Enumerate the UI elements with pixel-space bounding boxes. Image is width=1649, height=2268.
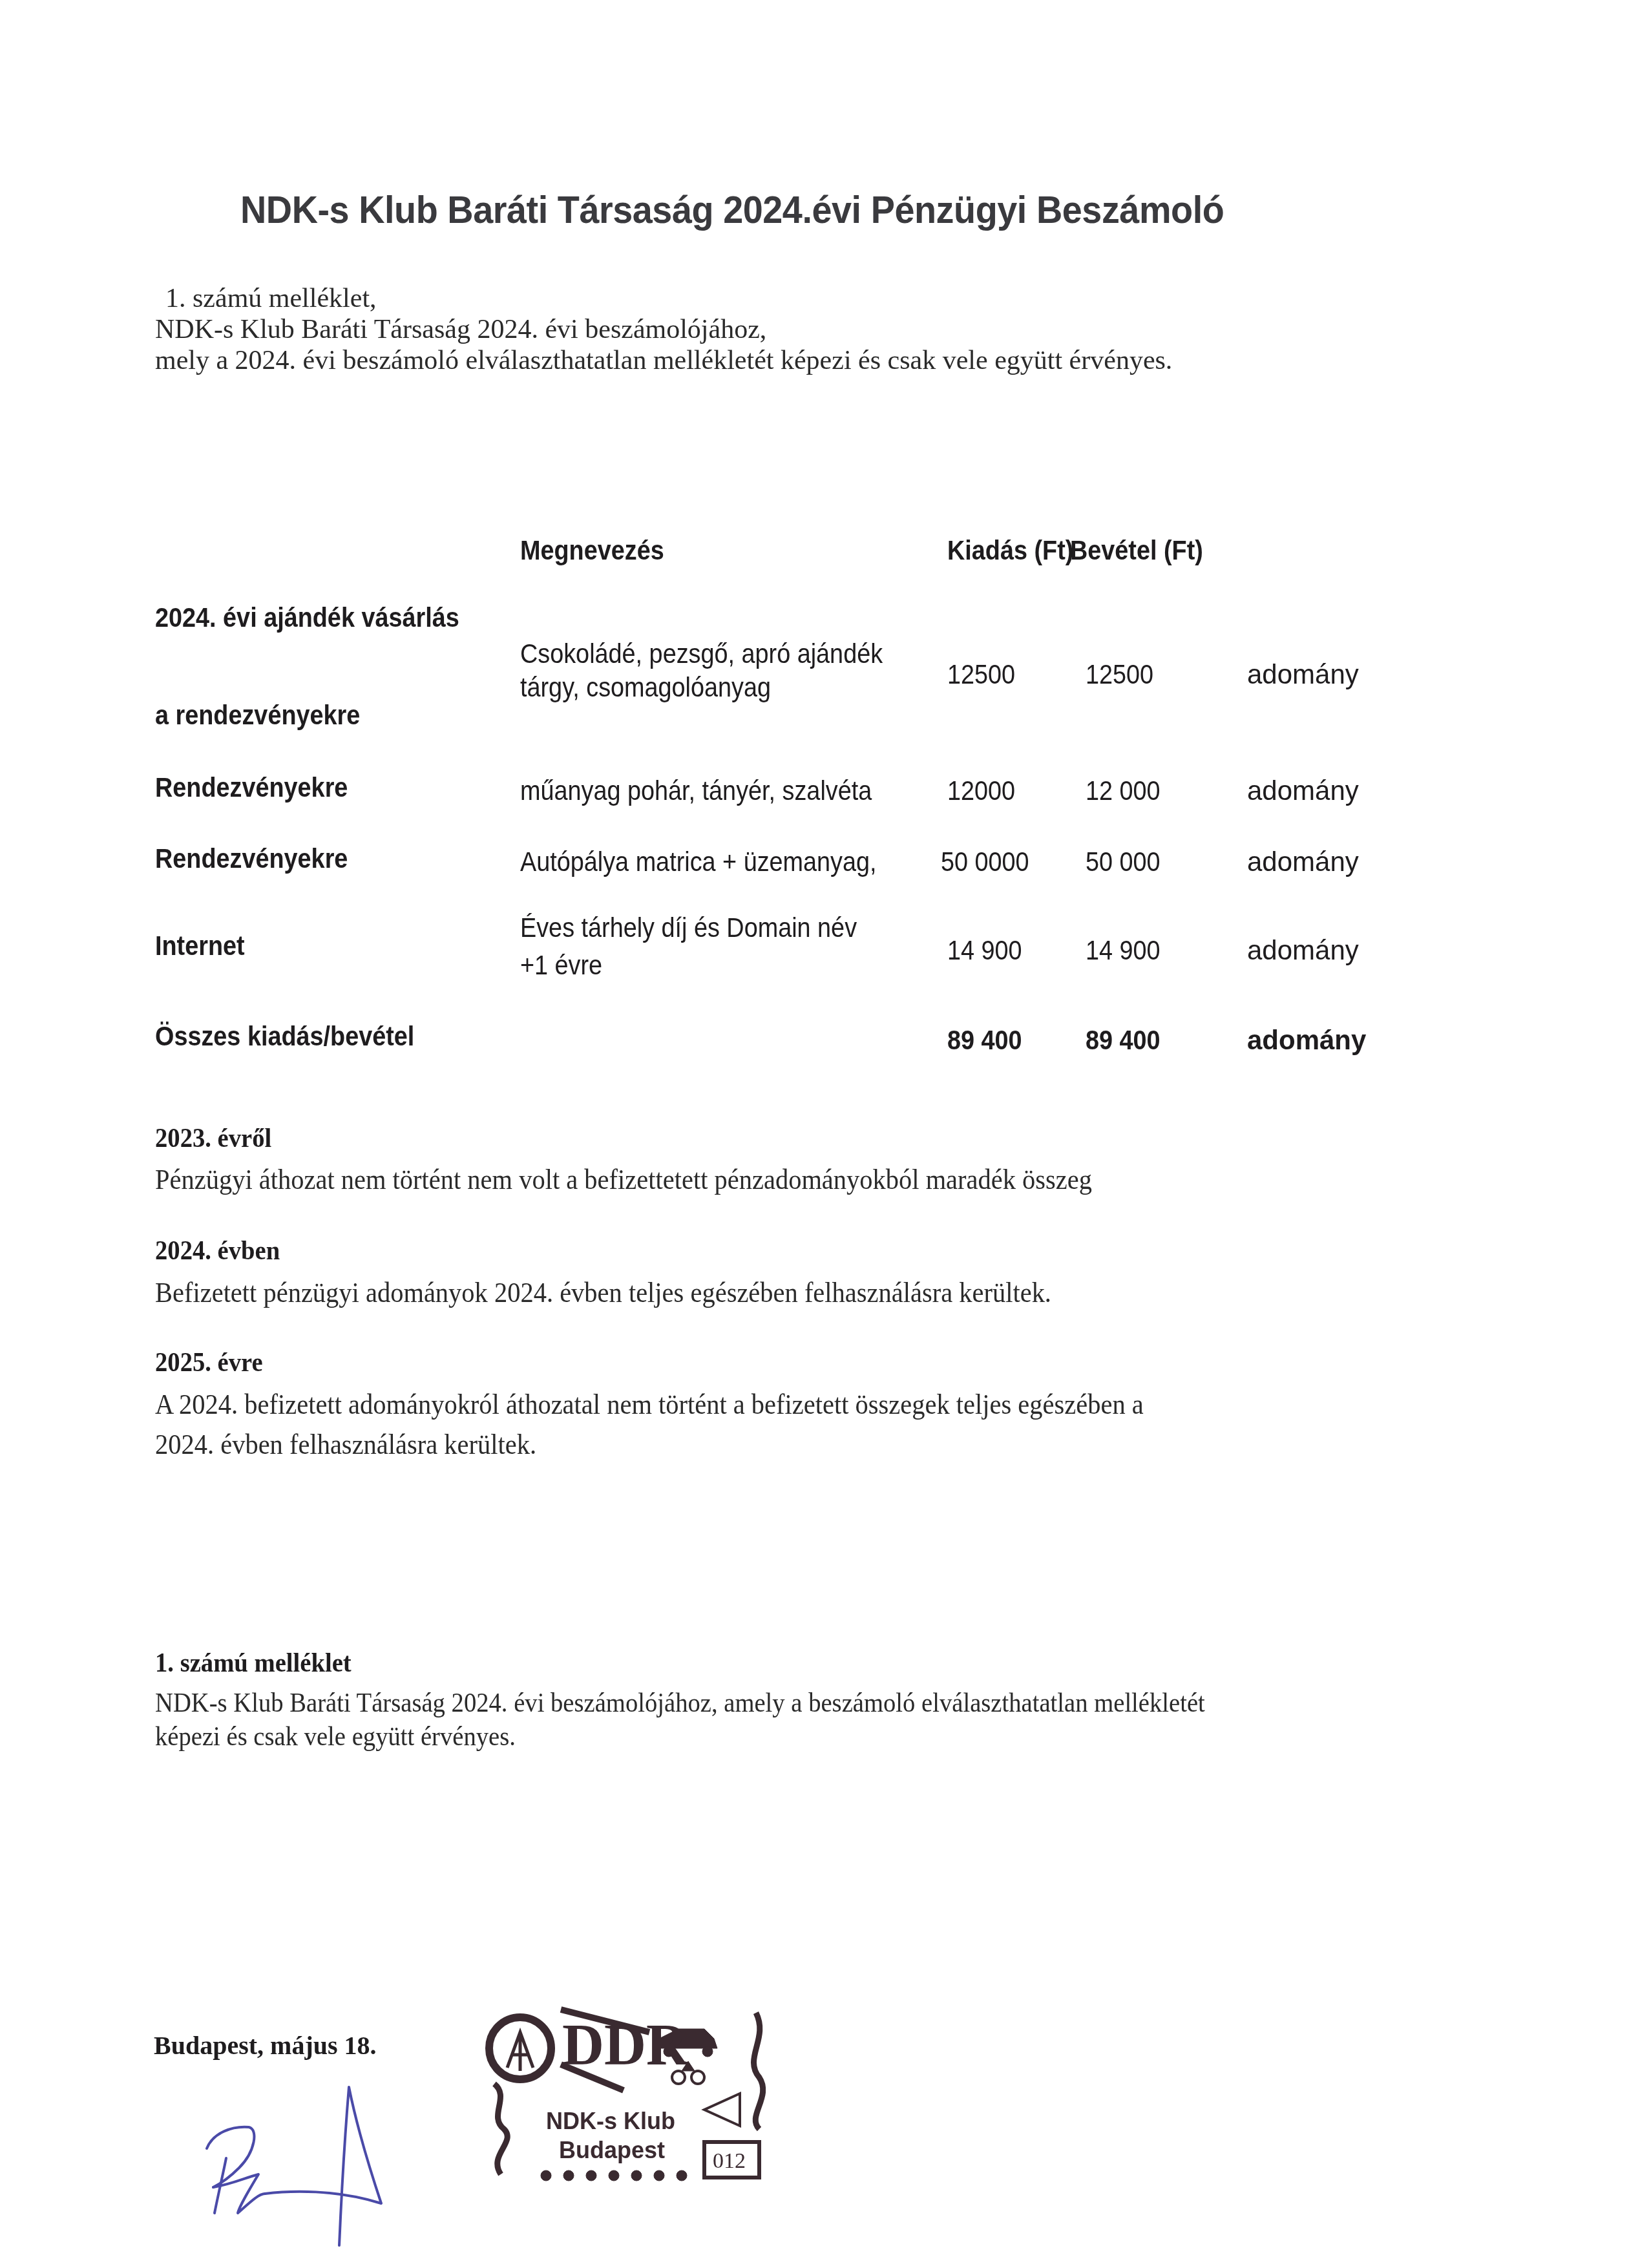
row-income: 14 900 (1086, 935, 1161, 966)
intro-line-1: 1. számú melléklet, (155, 283, 1172, 314)
row-expense: 50 0000 (941, 846, 1029, 877)
row-name-line2: tárgy, csomagolóanyag (520, 672, 771, 703)
total-income: 89 400 (1086, 1025, 1161, 1056)
row-income: 12500 (1086, 659, 1153, 690)
row-name: műanyag pohár, tányér, szalvéta (520, 775, 872, 806)
row-category: Rendezvényekre (155, 843, 348, 874)
total-source: adomány (1247, 1025, 1366, 1056)
total-expense: 89 400 (947, 1025, 1022, 1056)
section-text: Pénzügyi áthozat nem történt nem volt a … (155, 1163, 1092, 1197)
club-stamp: DDR NDK-s Klub Budapest 012 (485, 2000, 775, 2187)
header-expense: Kiadás (Ft) (947, 535, 1073, 566)
row-name: Éves tárhely díj és Domain név (520, 912, 857, 943)
stamp-code: 012 (713, 2149, 746, 2173)
page-title: NDK-s Klub Baráti Társaság 2024.évi Pénz… (240, 187, 1224, 232)
intro-block: 1. számú melléklet, NDK-s Klub Baráti Tá… (155, 283, 1172, 376)
ddr-stamp-icon: DDR NDK-s Klub Budapest 012 (485, 2000, 775, 2187)
section-text: Befizetett pénzügyi adományok 2024. évbe… (155, 1276, 1051, 1310)
row-expense: 14 900 (947, 935, 1022, 966)
row-name: Csokoládé, pezsgő, apró ajándék (520, 638, 883, 669)
signature (187, 2055, 472, 2249)
row-expense: 12500 (947, 659, 1015, 690)
intro-line-3: mely a 2024. évi beszámoló elválaszthata… (155, 345, 1172, 376)
row-category: Internet (155, 930, 245, 961)
row-name-line2: +1 évre (520, 950, 602, 981)
row-category-line2: a rendezvényekre (155, 700, 360, 731)
header-income: Bevétel (Ft) (1070, 535, 1203, 566)
appendix-heading: 1. számú melléklet (155, 1648, 352, 1679)
section-text-line-2: 2024. évben felhasználásra kerültek. (155, 1428, 536, 1462)
appendix-line-1: NDK-s Klub Baráti Társaság 2024. évi bes… (155, 1686, 1205, 1720)
appendix-line-2: képezi és csak vele együtt érvényes. (155, 1720, 516, 1754)
row-income: 12 000 (1086, 775, 1161, 806)
row-name: Autópálya matrica + üzemanyag, (520, 846, 877, 877)
stamp-line-1: NDK-s Klub (546, 2108, 675, 2134)
row-category: Rendezvényekre (155, 772, 348, 803)
row-income: 50 000 (1086, 846, 1161, 877)
row-source: adomány (1247, 659, 1359, 690)
stamp-line-2: Budapest (559, 2137, 665, 2163)
signature-icon (187, 2055, 472, 2249)
row-expense: 12000 (947, 775, 1015, 806)
intro-line-2: NDK-s Klub Baráti Társaság 2024. évi bes… (155, 314, 1172, 345)
row-source: adomány (1247, 846, 1359, 877)
row-source: adomány (1247, 935, 1359, 966)
stamp-ddr: DDR (562, 2013, 689, 2077)
row-category: 2024. évi ajándék vásárlás (155, 602, 459, 633)
total-label: Összes kiadás/bevétel (155, 1021, 414, 1052)
section-heading: 2023. évről (155, 1123, 271, 1154)
section-text-line-1: A 2024. befizetett adományokról áthozata… (155, 1388, 1144, 1422)
header-name: Megnevezés (520, 535, 664, 566)
row-source: adomány (1247, 775, 1359, 806)
section-heading: 2024. évben (155, 1235, 280, 1266)
section-heading: 2025. évre (155, 1347, 263, 1378)
